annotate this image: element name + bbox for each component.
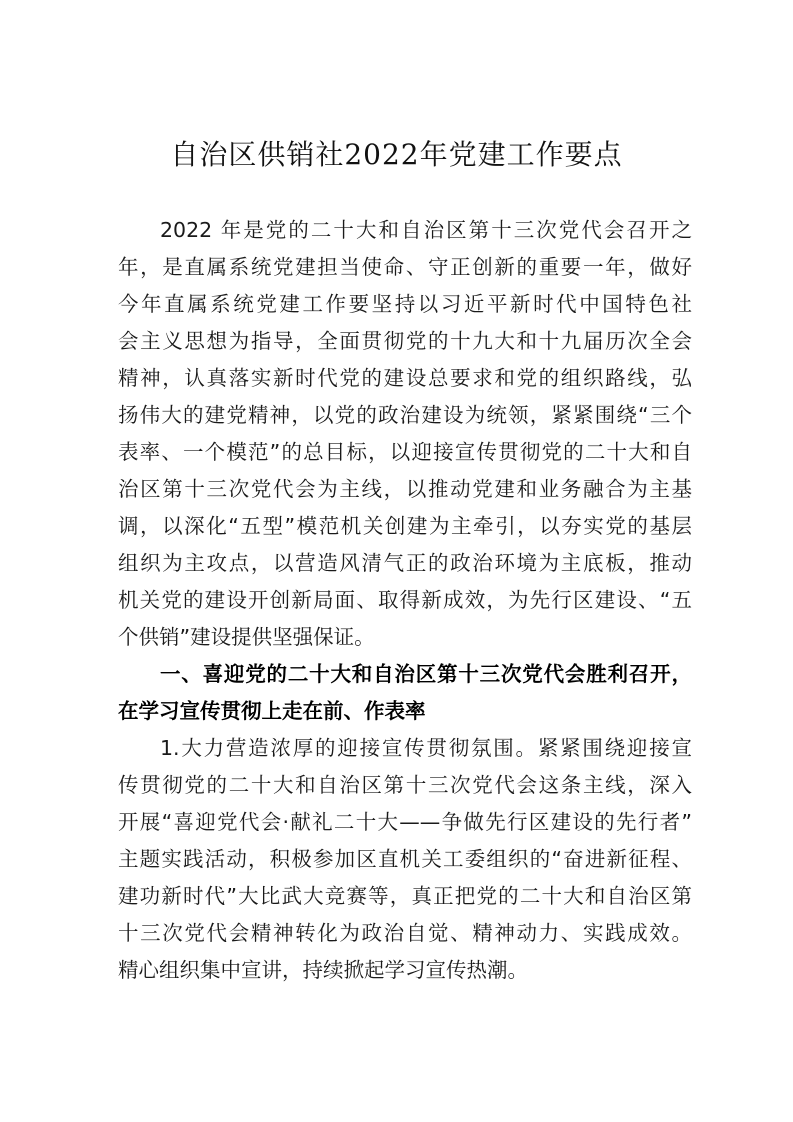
- text-line: 调，以深化“五型”模范机关创建为主牵引，以夯实党的基层: [118, 508, 692, 545]
- text-line: 个供销”建设提供坚强保证。: [118, 619, 692, 656]
- heading-line: 在学习宣传贯彻上走在前、作表率: [118, 693, 692, 730]
- text-line: 建功新时代”大比武大竞赛等，真正把党的二十大和自治区第: [118, 878, 692, 915]
- section-heading-1: 一、喜迎党的二十大和自治区第十三次党代会胜利召开， 在学习宣传贯彻上走在前、作表…: [118, 656, 692, 730]
- document-body: 2022 年是党的二十大和自治区第十三次党代会召开之 年，是直属系统党建担当使命…: [118, 212, 692, 989]
- text-line: 十三次党代会精神转化为政治自觉、精神动力、实践成效。: [118, 915, 692, 952]
- text-line: 1.大力营造浓厚的迎接宣传贯彻氛围。紧紧围绕迎接宣: [118, 730, 692, 767]
- text-line: 2022 年是党的二十大和自治区第十三次党代会召开之: [118, 212, 692, 249]
- text-line: 精心组织集中宣讲，持续掀起学习宣传热潮。: [118, 952, 692, 989]
- text-line: 今年直属系统党建工作要坚持以习近平新时代中国特色社: [118, 286, 692, 323]
- document-title: 自治区供销社2022年党建工作要点: [0, 133, 793, 177]
- text-line: 开展“喜迎党代会·献礼二十大——争做先行区建设的先行者”: [118, 804, 692, 841]
- text-line: 主题实践活动，积极参加区直机关工委组织的“奋进新征程、: [118, 841, 692, 878]
- text-line: 会主义思想为指导，全面贯彻党的十九大和十九届历次全会: [118, 323, 692, 360]
- text-line: 机关党的建设开创新局面、取得新成效，为先行区建设、“五: [118, 582, 692, 619]
- text-line: 扬伟大的建党精神，以党的政治建设为统领，紧紧围绕“三个: [118, 397, 692, 434]
- document-page: 自治区供销社2022年党建工作要点 2022 年是党的二十大和自治区第十三次党代…: [0, 0, 793, 1122]
- text-line: 表率、一个模范”的总目标，以迎接宣传贯彻党的二十大和自: [118, 434, 692, 471]
- text-line: 精神，认真落实新时代党的建设总要求和党的组织路线，弘: [118, 360, 692, 397]
- text-line: 治区第十三次党代会为主线，以推动党建和业务融合为主基: [118, 471, 692, 508]
- text-line: 组织为主攻点，以营造风清气正的政治环境为主底板，推动: [118, 545, 692, 582]
- text-line: 传贯彻党的二十大和自治区第十三次党代会这条主线，深入: [118, 767, 692, 804]
- intro-paragraph: 2022 年是党的二十大和自治区第十三次党代会召开之 年，是直属系统党建担当使命…: [118, 212, 692, 656]
- text-line: 年，是直属系统党建担当使命、守正创新的重要一年，做好: [118, 249, 692, 286]
- item-1-paragraph: 1.大力营造浓厚的迎接宣传贯彻氛围。紧紧围绕迎接宣 传贯彻党的二十大和自治区第十…: [118, 730, 692, 989]
- heading-line: 一、喜迎党的二十大和自治区第十三次党代会胜利召开，: [118, 656, 692, 693]
